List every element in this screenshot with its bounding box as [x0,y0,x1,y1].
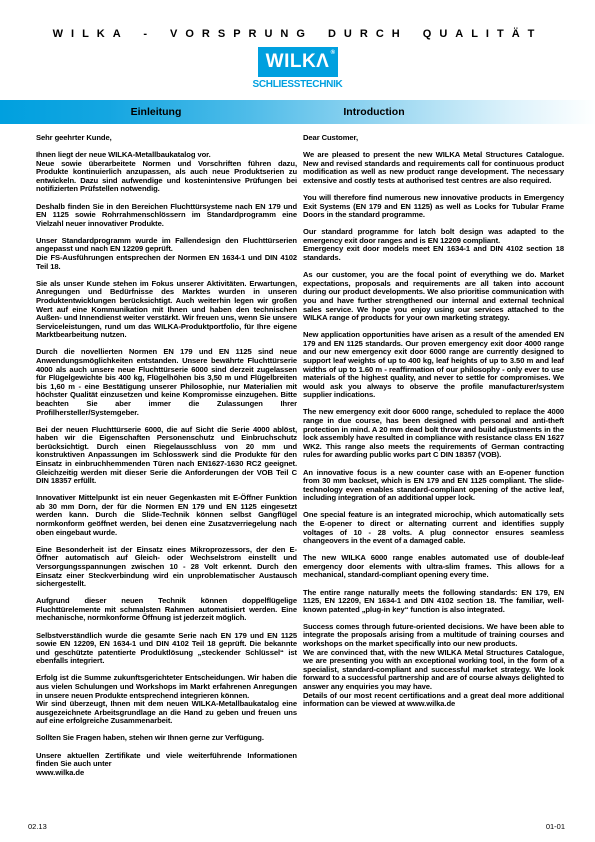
paragraph: One special feature is an integrated mic… [303,511,564,545]
paragraph: New application opportunities have arise… [303,331,564,400]
paragraph: Erfolg ist die Summe zukunftsgerichteter… [36,674,297,726]
wilka-logo-text: WILKΛ [266,51,330,72]
paragraph: Aufgrund dieser neuen Technik können dop… [36,597,297,623]
section-header-bar: Einleitung Introduction [0,100,595,124]
paragraph: Unsere aktuellen Zertifikate und viele w… [36,752,297,778]
paragraph: Eine Besonderheit ist der Einsatz eines … [36,546,297,589]
paragraph: Our standard programme for latch bolt de… [303,228,564,262]
paragraph: Bei der neuen Fluchttürserie 6000, die a… [36,426,297,486]
paragraph: Innovativer Mittelpunkt ist ein neuer Ge… [36,494,297,537]
paragraph: You will therefore find numerous new inn… [303,194,564,220]
header-slogan: WILKA - VORSPRUNG DURCH QUALITÄT [0,28,595,40]
footer-page-number: 01-01 [546,822,565,831]
wilka-logo-box: WILKΛ ® [258,47,338,77]
registered-trademark-icon: ® [331,50,336,56]
wilka-logo-subtitle: SCHLIESSTECHNIK [0,79,595,90]
paragraph: Deshalb finden Sie in den Bereichen Fluc… [36,203,297,229]
section-title-german: Einleitung [131,106,182,118]
paragraph: Dear Customer, [303,134,564,143]
paragraph: Durch die novellierten Normen EN 179 und… [36,348,297,417]
german-text-column: Sehr geehrter Kunde,Ihnen liegt der neue… [36,134,297,786]
paragraph: Ihnen liegt der neue WILKA-Metallbaukata… [36,151,297,194]
paragraph: Unser Standardprogramm wurde im Fallende… [36,237,297,271]
paragraph: An innovative focus is a new counter cas… [303,469,564,503]
paragraph: The new emergency exit door 6000 range, … [303,408,564,460]
paragraph: Sollten Sie Fragen haben, stehen wir Ihn… [36,734,297,743]
paragraph: Sehr geehrter Kunde, [36,134,297,143]
paragraph: The entire range naturally meets the fol… [303,589,564,615]
paragraph: Selbstverständlich wurde die gesamte Ser… [36,632,297,666]
wilka-logo: WILKΛ ® SCHLIESSTECHNIK [0,47,595,90]
paragraph: The new WILKA 6000 range enables automat… [303,554,564,580]
catalog-page: WILKA - VORSPRUNG DURCH QUALITÄT WILKΛ ®… [0,0,595,842]
english-text-column: Dear Customer,We are pleased to present … [303,134,564,717]
footer-edition-number: 02.13 [28,822,47,831]
paragraph: We are pleased to present the new WILKA … [303,151,564,185]
paragraph: As our customer, you are the focal point… [303,271,564,323]
paragraph: Success comes through future-oriented de… [303,623,564,709]
section-title-english: Introduction [343,106,404,118]
paragraph: Sie als unser Kunde stehen im Fokus unse… [36,280,297,340]
